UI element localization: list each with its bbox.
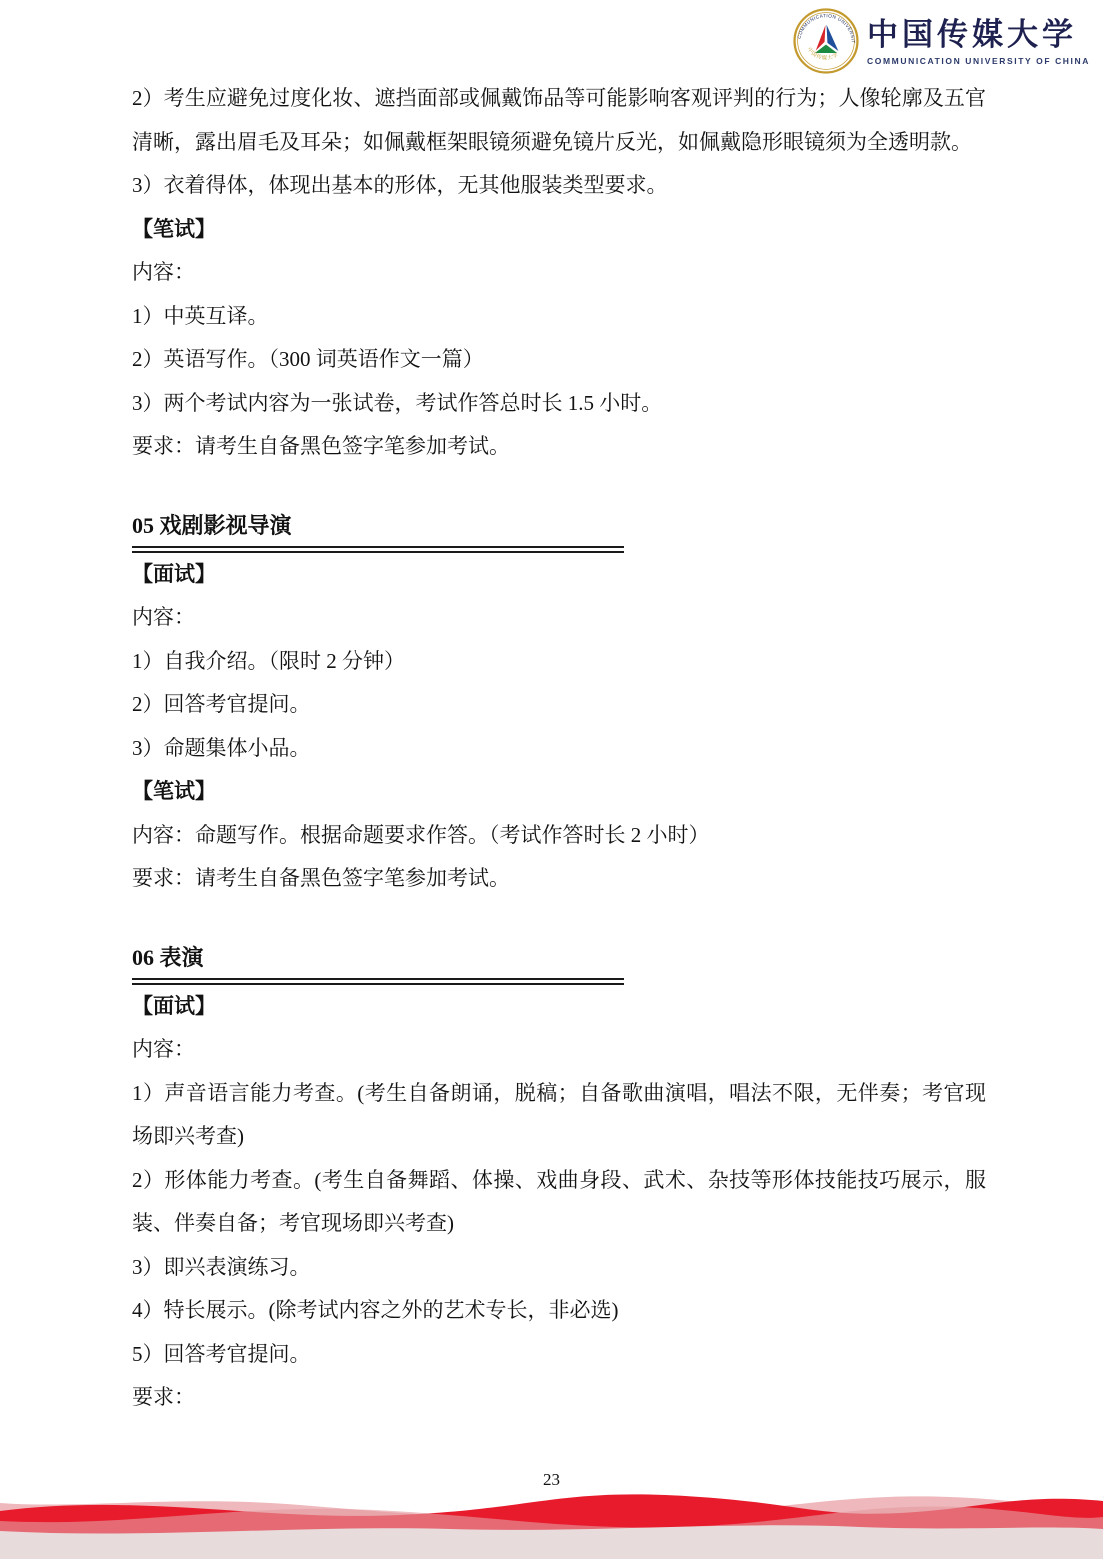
- paragraph: 要求：请考生自备黑色签字笔参加考试。: [132, 425, 986, 469]
- subsection-label: 【笔试】: [132, 208, 986, 252]
- paragraph: 3）衣着得体，体现出基本的形体，无其他服装类型要求。: [132, 164, 986, 208]
- paragraph: 1）自我介绍。（限时 2 分钟）: [132, 640, 986, 684]
- document-page: COMMUNICATION UNIVERSITY OF CHINA 中国传媒大学…: [0, 0, 1103, 1559]
- subsection-label: 【笔试】: [132, 770, 986, 814]
- paragraph: 3）即兴表演练习。: [132, 1246, 986, 1290]
- paragraph: 要求：: [132, 1376, 986, 1420]
- paragraph: 3）两个考试内容为一张试卷，考试作答总时长 1.5 小时。: [132, 382, 986, 426]
- university-name-zh: 中国传媒大学: [867, 17, 1090, 53]
- paragraph: 1）中英互译。: [132, 295, 986, 339]
- footer-wave-decoration-icon: [0, 1487, 1103, 1559]
- section-heading: 06 表演: [132, 941, 624, 985]
- university-name-en: COMMUNICATION UNIVERSITY OF CHINA: [867, 56, 1090, 66]
- document-body: 2）考生应避免过度化妆、遮挡面部或佩戴饰品等可能影响客观评判的行为；人像轮廓及五…: [132, 77, 986, 1420]
- paragraph: 要求：请考生自备黑色签字笔参加考试。: [132, 857, 986, 901]
- paragraph: 2）英语写作。（300 词英语作文一篇）: [132, 338, 986, 382]
- subsection-label: 【面试】: [132, 553, 986, 597]
- paragraph: 内容：: [132, 251, 986, 295]
- subsection-label: 【面试】: [132, 985, 986, 1029]
- university-emblem-icon: COMMUNICATION UNIVERSITY OF CHINA 中国传媒大学: [793, 8, 859, 74]
- university-wordmark: 中国传媒大学 COMMUNICATION UNIVERSITY OF CHINA: [867, 17, 1090, 66]
- university-logo: COMMUNICATION UNIVERSITY OF CHINA 中国传媒大学…: [793, 8, 1090, 74]
- paragraph: 内容：: [132, 596, 986, 640]
- paragraph: 1）声音语言能力考查。(考生自备朗诵，脱稿；自备歌曲演唱，唱法不限，无伴奏；考官…: [132, 1072, 986, 1159]
- section-heading: 05 戏剧影视导演: [132, 509, 624, 553]
- paragraph: 4）特长展示。(除考试内容之外的艺术专长，非必选): [132, 1289, 986, 1333]
- paragraph: 内容：: [132, 1028, 986, 1072]
- paragraph: 2）回答考官提问。: [132, 683, 986, 727]
- paragraph: 2）考生应避免过度化妆、遮挡面部或佩戴饰品等可能影响客观评判的行为；人像轮廓及五…: [132, 77, 986, 164]
- paragraph: 内容：命题写作。根据命题要求作答。（考试作答时长 2 小时）: [132, 814, 986, 858]
- paragraph: 5）回答考官提问。: [132, 1333, 986, 1377]
- paragraph: 2）形体能力考查。(考生自备舞蹈、体操、戏曲身段、武术、杂技等形体技能技巧展示，…: [132, 1159, 986, 1246]
- paragraph: 3）命题集体小品。: [132, 727, 986, 771]
